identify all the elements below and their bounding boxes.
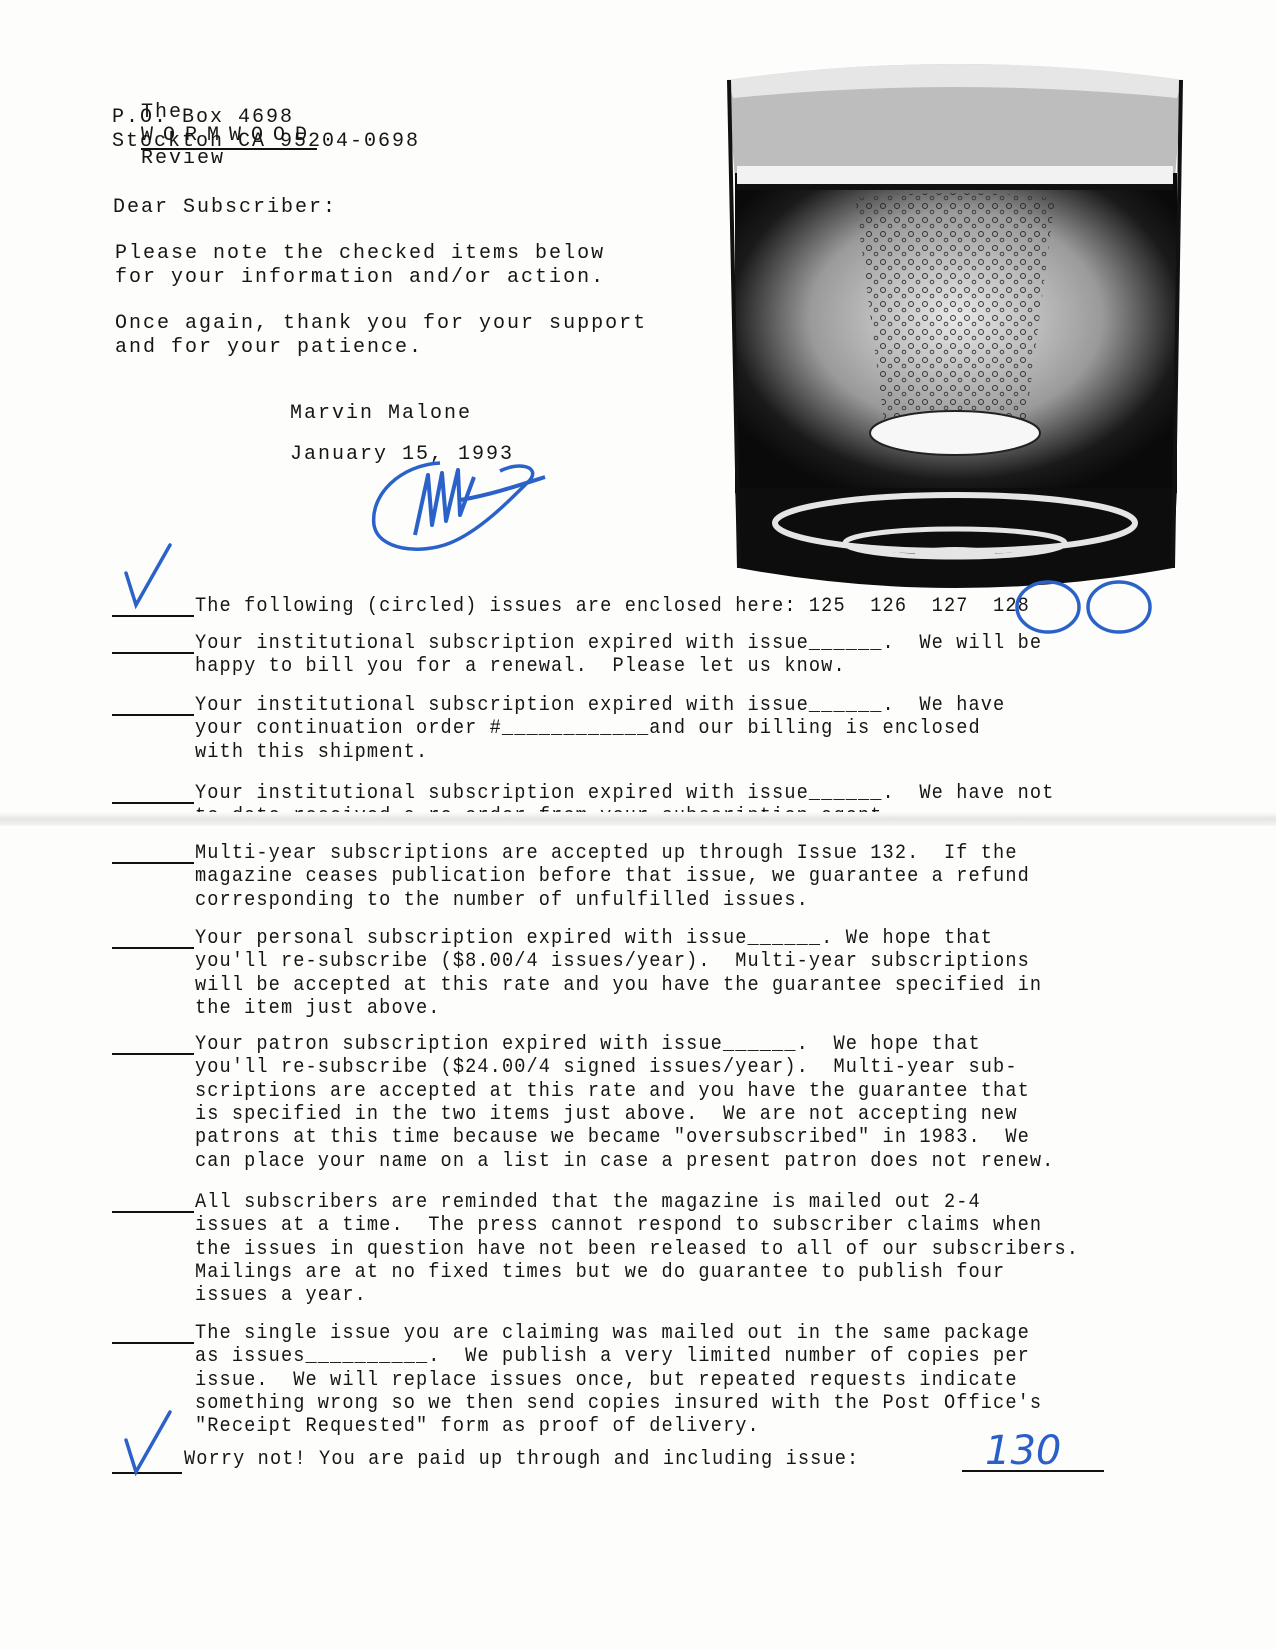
checkmark-icon	[120, 543, 180, 613]
item-text-line: patrons at this time because we became "…	[195, 1126, 1030, 1150]
signer-name: Marvin Malone	[290, 402, 472, 425]
checkbox-blank[interactable]	[112, 652, 194, 654]
item-text-line: your continuation order #____________and…	[195, 717, 981, 741]
item-text-line: issues at a time. The press cannot respo…	[195, 1214, 1042, 1238]
checkbox-blank[interactable]	[112, 615, 194, 617]
item-text-line: will be accepted at this rate and you ha…	[195, 974, 1042, 998]
checkbox-blank[interactable]	[112, 1211, 194, 1213]
item-text-line: Mailings are at no fixed times but we do…	[195, 1261, 1005, 1285]
thanks-line-1: Once again, thank you for your support	[115, 312, 647, 335]
item-text-line: can place your name on a list in case a …	[195, 1150, 1054, 1174]
checkbox-blank[interactable]	[112, 1342, 194, 1344]
glass-tablet-illustration-icon	[725, 48, 1185, 593]
item-text-line: as issues__________. We publish a very l…	[195, 1345, 1030, 1369]
item-text-line: you'll re-subscribe ($8.00/4 issues/year…	[195, 950, 1030, 974]
item-text-line: magazine ceases publication before that …	[195, 865, 1030, 889]
item-text-line: issue. We will replace issues once, but …	[195, 1369, 1018, 1393]
checkbox-blank[interactable]	[112, 947, 194, 949]
item-text-line: The single issue you are claiming was ma…	[195, 1322, 1030, 1346]
address-line-2: Stockton CA 95204-0698	[112, 130, 420, 153]
item-text-line: is specified in the two items just above…	[195, 1103, 1018, 1127]
address-line-1: P.O. Box 4698	[112, 106, 294, 129]
item-text-line: Your personal subscription expired with …	[195, 927, 993, 951]
checkmark-icon	[120, 1410, 180, 1480]
item-text-line: Worry not! You are paid up through and i…	[184, 1448, 859, 1472]
intro-line-2: for your information and/or action.	[115, 266, 605, 289]
item-text-line: the item just above.	[195, 997, 441, 1021]
item-text-line: Your patron subscription expired with is…	[195, 1033, 981, 1057]
item-text-line: Your institutional subscription expired …	[195, 782, 1054, 806]
salutation: Dear Subscriber:	[113, 196, 337, 219]
item-text-line: you'll re-subscribe ($24.00/4 signed iss…	[195, 1056, 1018, 1080]
signature-icon	[370, 455, 570, 565]
item-text-line: scriptions are accepted at this rate and…	[195, 1080, 1030, 1104]
item-text-line: The following (circled) issues are enclo…	[195, 595, 1030, 619]
thanks-line-2: and for your patience.	[115, 336, 423, 359]
item-text-line: Multi-year subscriptions are accepted up…	[195, 842, 1018, 866]
item-text-line: happy to bill you for a renewal. Please …	[195, 655, 846, 679]
checkbox-blank[interactable]	[112, 802, 194, 804]
checkbox-blank[interactable]	[112, 862, 194, 864]
item-text-line: the issues in question have not been rel…	[195, 1238, 1079, 1262]
item-text-line: something wrong so we then send copies i…	[195, 1392, 1042, 1416]
item-text-line: with this shipment.	[195, 741, 428, 765]
checkbox-blank[interactable]	[112, 1053, 194, 1055]
item-text-line: All subscribers are reminded that the ma…	[195, 1191, 981, 1215]
item-text-line: issues a year.	[195, 1284, 367, 1308]
item-text-line: "Receipt Requested" form as proof of del…	[195, 1415, 760, 1439]
paid-through-issue-value: 130	[985, 1428, 1061, 1474]
issue-circle-icon	[1013, 577, 1083, 637]
issue-circle-icon	[1084, 577, 1154, 637]
paper-fold	[0, 812, 1276, 826]
intro-line-1: Please note the checked items below	[115, 242, 605, 265]
item-text-line: Your institutional subscription expired …	[195, 694, 1005, 718]
item-text-line: Your institutional subscription expired …	[195, 632, 1042, 656]
item-text-line: corresponding to the number of unfulfill…	[195, 889, 809, 913]
checkbox-blank[interactable]	[112, 714, 194, 716]
